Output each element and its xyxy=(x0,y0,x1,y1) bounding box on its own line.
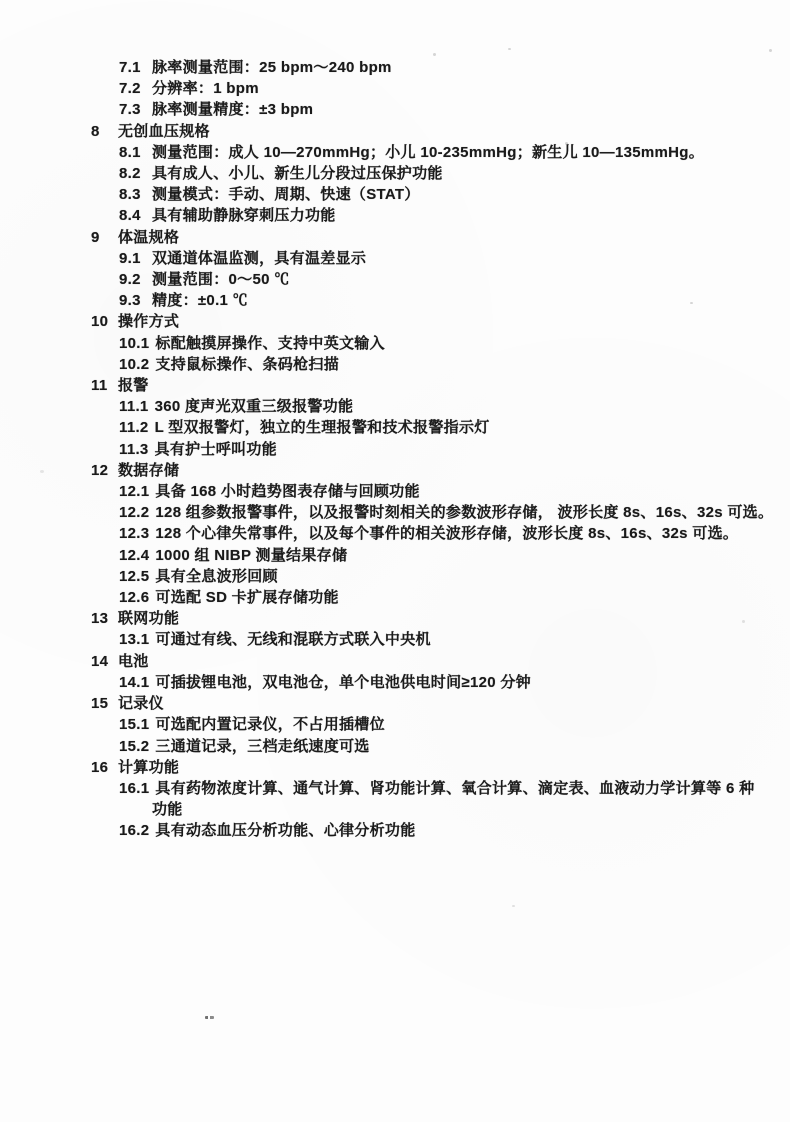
item-text: 脉率测量范围：25 bpm～240 bpm xyxy=(152,57,392,78)
scan-speck xyxy=(742,620,745,623)
item-text: 分辨率：1 bpm xyxy=(152,78,259,99)
section-heading: 9体温规格 xyxy=(91,227,763,248)
document-body: 7.1脉率测量范围：25 bpm～240 bpm7.2分辨率：1 bpm7.3脉… xyxy=(91,57,763,842)
spec-item: 8.1测量范围：成人 10—270mmHg；小儿 10-235mmHg；新生儿 … xyxy=(119,142,763,163)
spec-item: 9.2测量范围：0～50 ℃ xyxy=(119,269,763,290)
item-number: 12.1 xyxy=(119,481,149,502)
spec-item: 8.4具有辅助静脉穿刺压力功能 xyxy=(119,205,763,226)
item-text: 可插拔锂电池，双电池仓，单个电池供电时间≥120 分钟 xyxy=(155,672,531,693)
item-number: 11.1 xyxy=(119,396,149,417)
section-heading: 16计算功能 xyxy=(91,757,763,778)
section-number: 11 xyxy=(91,375,118,396)
item-text: 128 组参数报警事件，以及报警时刻相关的参数波形存储， 波形长度 8s、16s… xyxy=(155,502,773,523)
spec-item: 15.2三通道记录，三档走纸速度可选 xyxy=(119,736,763,757)
section-title: 记录仪 xyxy=(118,693,164,714)
section-number: 10 xyxy=(91,311,118,332)
section-title: 报警 xyxy=(118,375,149,396)
spec-item: 9.1双通道体温监测，具有温差显示 xyxy=(119,248,763,269)
section-title: 数据存储 xyxy=(118,460,179,481)
section-title: 无创血压规格 xyxy=(118,121,210,142)
spec-item: 10.1标配触摸屏操作、支持中英文输入 xyxy=(119,333,763,354)
item-text: 精度：±0.1 ℃ xyxy=(152,290,248,311)
spec-item: 12.41000 组 NIBP 测量结果存储 xyxy=(119,545,763,566)
item-number: 7.3 xyxy=(119,99,146,120)
spec-item: 13.1可通过有线、无线和混联方式联入中央机 xyxy=(119,629,763,650)
item-text: 可选配内置记录仪，不占用插槽位 xyxy=(155,714,385,735)
item-text: 具有辅助静脉穿刺压力功能 xyxy=(152,205,336,226)
item-number: 7.2 xyxy=(119,78,146,99)
spec-section: 13联网功能13.1可通过有线、无线和混联方式联入中央机 xyxy=(91,608,763,650)
section-title: 电池 xyxy=(118,651,149,672)
item-text: 具有护士呼叫功能 xyxy=(155,439,277,460)
section-heading: 8无创血压规格 xyxy=(91,121,763,142)
section-number: 15 xyxy=(91,693,118,714)
item-text: 具备 168 小时趋势图表存储与回顾功能 xyxy=(155,481,419,502)
scan-smudge xyxy=(205,1016,214,1019)
item-number: 8.3 xyxy=(119,184,146,205)
item-text: 可通过有线、无线和混联方式联入中央机 xyxy=(155,629,430,650)
item-number: 9.1 xyxy=(119,248,146,269)
item-number: 12.6 xyxy=(119,587,149,608)
section-heading: 12数据存储 xyxy=(91,460,763,481)
scan-speck xyxy=(565,142,568,145)
section-title: 计算功能 xyxy=(118,757,179,778)
spec-item: 8.3测量模式：手动、周期、快速（STAT） xyxy=(119,184,763,205)
spec-item: 12.2128 组参数报警事件，以及报警时刻相关的参数波形存储， 波形长度 8s… xyxy=(119,502,763,523)
spec-item: 7.1脉率测量范围：25 bpm～240 bpm xyxy=(119,57,763,78)
item-text: 128 个心律失常事件，以及每个事件的相关波形存储，波形长度 8s、16s、32… xyxy=(155,523,738,544)
item-text: 具有药物浓度计算、通气计算、肾功能计算、氧合计算、滴定表、血液动力学计算等 6 … xyxy=(155,778,754,799)
item-text: 测量范围：成人 10—270mmHg；小儿 10-235mmHg；新生儿 10—… xyxy=(152,142,704,163)
section-title: 联网功能 xyxy=(118,608,179,629)
section-heading: 15记录仪 xyxy=(91,693,763,714)
scan-speck xyxy=(433,53,436,56)
item-number: 8.1 xyxy=(119,142,146,163)
item-text: 可选配 SD 卡扩展存储功能 xyxy=(155,587,338,608)
scan-speck xyxy=(40,470,44,473)
spec-section: 15记录仪15.1可选配内置记录仪，不占用插槽位15.2三通道记录，三档走纸速度… xyxy=(91,693,763,757)
spec-item: 11.3具有护士呼叫功能 xyxy=(119,439,763,460)
section-number: 12 xyxy=(91,460,118,481)
spec-section: 14电池14.1可插拔锂电池，双电池仓，单个电池供电时间≥120 分钟 xyxy=(91,651,763,693)
spec-item: 11.2L 型双报警灯，独立的生理报警和技术报警指示灯 xyxy=(119,417,763,438)
spec-section: 10操作方式10.1标配触摸屏操作、支持中英文输入10.2支持鼠标操作、条码枪扫… xyxy=(91,311,763,375)
scan-speck xyxy=(690,302,693,304)
section-heading: 10操作方式 xyxy=(91,311,763,332)
item-number: 10.1 xyxy=(119,333,149,354)
spec-section: 8无创血压规格8.1测量范围：成人 10—270mmHg；小儿 10-235mm… xyxy=(91,121,763,227)
item-number: 16.2 xyxy=(119,820,149,841)
item-number: 12.4 xyxy=(119,545,149,566)
item-number: 16.1 xyxy=(119,778,149,799)
item-number: 10.2 xyxy=(119,354,149,375)
spec-item: 14.1可插拔锂电池，双电池仓，单个电池供电时间≥120 分钟 xyxy=(119,672,763,693)
spec-item: 7.3脉率测量精度：±3 bpm xyxy=(119,99,763,120)
scanned-page: 7.1脉率测量范围：25 bpm～240 bpm7.2分辨率：1 bpm7.3脉… xyxy=(0,0,790,1122)
item-text: 测量模式：手动、周期、快速（STAT） xyxy=(152,184,420,205)
spec-item: 12.5具有全息波形回顾 xyxy=(119,566,763,587)
spec-section: 11报警11.1360 度声光双重三级报警功能11.2L 型双报警灯，独立的生理… xyxy=(91,375,763,460)
scan-speck xyxy=(512,905,515,907)
spec-item: 16.1具有药物浓度计算、通气计算、肾功能计算、氧合计算、滴定表、血液动力学计算… xyxy=(119,778,763,799)
item-text: 双通道体温监测，具有温差显示 xyxy=(152,248,366,269)
section-heading: 13联网功能 xyxy=(91,608,763,629)
section-heading: 11报警 xyxy=(91,375,763,396)
spec-item: 7.2分辨率：1 bpm xyxy=(119,78,763,99)
spec-item: 16.2具有动态血压分析功能、心律分析功能 xyxy=(119,820,763,841)
item-text: 1000 组 NIBP 测量结果存储 xyxy=(155,545,347,566)
spec-section: 16计算功能16.1具有药物浓度计算、通气计算、肾功能计算、氧合计算、滴定表、血… xyxy=(91,757,763,842)
item-number: 9.2 xyxy=(119,269,146,290)
item-number: 7.1 xyxy=(119,57,146,78)
spec-item: 10.2支持鼠标操作、条码枪扫描 xyxy=(119,354,763,375)
item-text: 具有成人、小儿、新生儿分段过压保护功能 xyxy=(152,163,443,184)
spec-item: 15.1可选配内置记录仪，不占用插槽位 xyxy=(119,714,763,735)
spec-item: 11.1360 度声光双重三级报警功能 xyxy=(119,396,763,417)
item-number: 8.4 xyxy=(119,205,146,226)
item-number: 15.1 xyxy=(119,714,149,735)
section-heading: 14电池 xyxy=(91,651,763,672)
spec-item: 12.6可选配 SD 卡扩展存储功能 xyxy=(119,587,763,608)
item-text: 标配触摸屏操作、支持中英文输入 xyxy=(155,333,385,354)
scan-speck xyxy=(769,49,772,52)
spec-section: 9体温规格9.1双通道体温监测，具有温差显示9.2测量范围：0～50 ℃9.3精… xyxy=(91,227,763,312)
section-number: 8 xyxy=(91,121,118,142)
item-number: 8.2 xyxy=(119,163,146,184)
item-number: 12.3 xyxy=(119,523,149,544)
item-text: 测量范围：0～50 ℃ xyxy=(152,269,290,290)
item-text: 支持鼠标操作、条码枪扫描 xyxy=(155,354,339,375)
spec-section: 7.1脉率测量范围：25 bpm～240 bpm7.2分辨率：1 bpm7.3脉… xyxy=(91,57,763,121)
item-text: 三通道记录，三档走纸速度可选 xyxy=(155,736,369,757)
spec-item: 9.3精度：±0.1 ℃ xyxy=(119,290,763,311)
scan-speck xyxy=(508,48,511,50)
spec-item: 12.3128 个心律失常事件，以及每个事件的相关波形存储，波形长度 8s、16… xyxy=(119,523,763,544)
item-text: 具有全息波形回顾 xyxy=(155,566,277,587)
item-text: 360 度声光双重三级报警功能 xyxy=(155,396,354,417)
item-text-continuation: 功能 xyxy=(119,799,763,820)
item-number: 11.2 xyxy=(119,417,149,438)
item-number: 12.2 xyxy=(119,502,149,523)
section-number: 9 xyxy=(91,227,118,248)
section-number: 13 xyxy=(91,608,118,629)
spec-item: 12.1具备 168 小时趋势图表存储与回顾功能 xyxy=(119,481,763,502)
item-number: 15.2 xyxy=(119,736,149,757)
section-title: 操作方式 xyxy=(118,311,179,332)
item-number: 9.3 xyxy=(119,290,146,311)
section-number: 16 xyxy=(91,757,118,778)
item-text: 具有动态血压分析功能、心律分析功能 xyxy=(155,820,415,841)
item-number: 13.1 xyxy=(119,629,149,650)
item-text: 脉率测量精度：±3 bpm xyxy=(152,99,313,120)
spec-item: 8.2具有成人、小儿、新生儿分段过压保护功能 xyxy=(119,163,763,184)
section-title: 体温规格 xyxy=(118,227,179,248)
item-number: 12.5 xyxy=(119,566,149,587)
section-number: 14 xyxy=(91,651,118,672)
item-number: 11.3 xyxy=(119,439,149,460)
spec-section: 12数据存储12.1具备 168 小时趋势图表存储与回顾功能12.2128 组参… xyxy=(91,460,763,608)
item-number: 14.1 xyxy=(119,672,149,693)
item-text: L 型双报警灯，独立的生理报警和技术报警指示灯 xyxy=(155,417,490,438)
